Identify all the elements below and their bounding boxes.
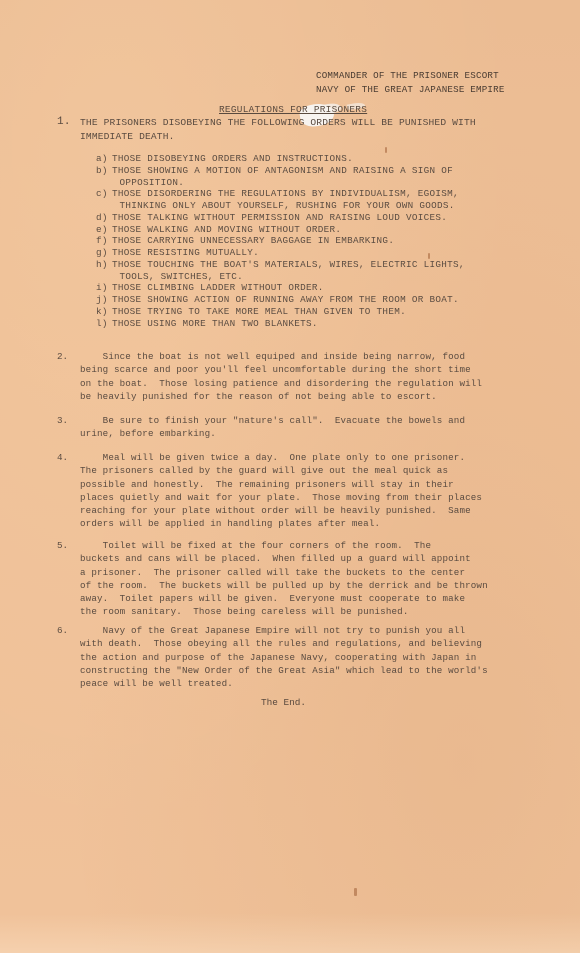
list-item: h)THOSE TOUCHING THE BOAT'S MATERIALS, W… <box>96 259 465 283</box>
paper-stain-mark <box>385 147 387 153</box>
section-text: Be sure to finish your "nature's call". … <box>80 414 465 441</box>
section-text: Meal will be given twice a day. One plat… <box>80 451 482 531</box>
list-item: c)THOSE DISORDERING THE REGULATIONS BY I… <box>96 188 465 212</box>
section-number: 6. <box>57 624 68 637</box>
section-number: 3. <box>57 414 68 427</box>
section-text: Since the boat is not well equiped and i… <box>80 350 482 403</box>
paper-stain-mark <box>354 888 357 896</box>
section-1-offense-list: a)THOSE DISOBEYING ORDERS AND INSTRUCTIO… <box>96 153 465 329</box>
section-text: Toilet will be fixed at the four corners… <box>80 539 488 619</box>
document-title: REGULATIONS FOR PRISONERS <box>219 104 367 115</box>
section-4: 4. Meal will be given twice a day. One p… <box>57 451 482 531</box>
list-item: a)THOSE DISOBEYING ORDERS AND INSTRUCTIO… <box>96 153 465 165</box>
list-item: g)THOSE RESISTING MUTUALLY. <box>96 247 465 259</box>
section-1: 1. THE PRISONERS DISOBEYING THE FOLLOWIN… <box>57 116 476 143</box>
header-line-navy: NAVY OF THE GREAT JAPANESE EMPIRE <box>316 83 505 97</box>
section-number: 2. <box>57 350 68 363</box>
list-item: i)THOSE CLIMBING LADDER WITHOUT ORDER. <box>96 282 465 294</box>
list-item: d)THOSE TALKING WITHOUT PERMISSION AND R… <box>96 212 465 224</box>
section-3: 3. Be sure to finish your "nature's call… <box>57 414 465 441</box>
typed-document-page: COMMANDER OF THE PRISONER ESCORT NAVY OF… <box>0 0 580 953</box>
section-2: 2. Since the boat is not well equiped an… <box>57 350 482 403</box>
paper-stain-mark <box>428 253 430 259</box>
header-line-commander: COMMANDER OF THE PRISONER ESCORT <box>316 69 505 83</box>
section-text: Navy of the Great Japanese Empire will n… <box>80 624 488 690</box>
section-number: 4. <box>57 451 68 464</box>
section-text: THE PRISONERS DISOBEYING THE FOLLOWING O… <box>80 116 476 143</box>
document-ending: The End. <box>261 697 306 708</box>
section-number: 5. <box>57 539 68 552</box>
list-item: k)THOSE TRYING TO TAKE MORE MEAL THAN GI… <box>96 306 465 318</box>
section-6: 6. Navy of the Great Japanese Empire wil… <box>57 624 488 690</box>
section-5: 5. Toilet will be fixed at the four corn… <box>57 539 488 619</box>
list-item: j)THOSE SHOWING ACTION OF RUNNING AWAY F… <box>96 294 465 306</box>
list-item: b)THOSE SHOWING A MOTION OF ANTAGONISM A… <box>96 165 465 189</box>
document-header: COMMANDER OF THE PRISONER ESCORT NAVY OF… <box>316 69 505 97</box>
list-item: f)THOSE CARRYING UNNECESSARY BAGGAGE IN … <box>96 235 465 247</box>
list-item: e)THOSE WALKING AND MOVING WITHOUT ORDER… <box>96 224 465 236</box>
list-item: l)THOSE USING MORE THAN TWO BLANKETS. <box>96 318 465 330</box>
section-number: 1. <box>57 116 71 130</box>
